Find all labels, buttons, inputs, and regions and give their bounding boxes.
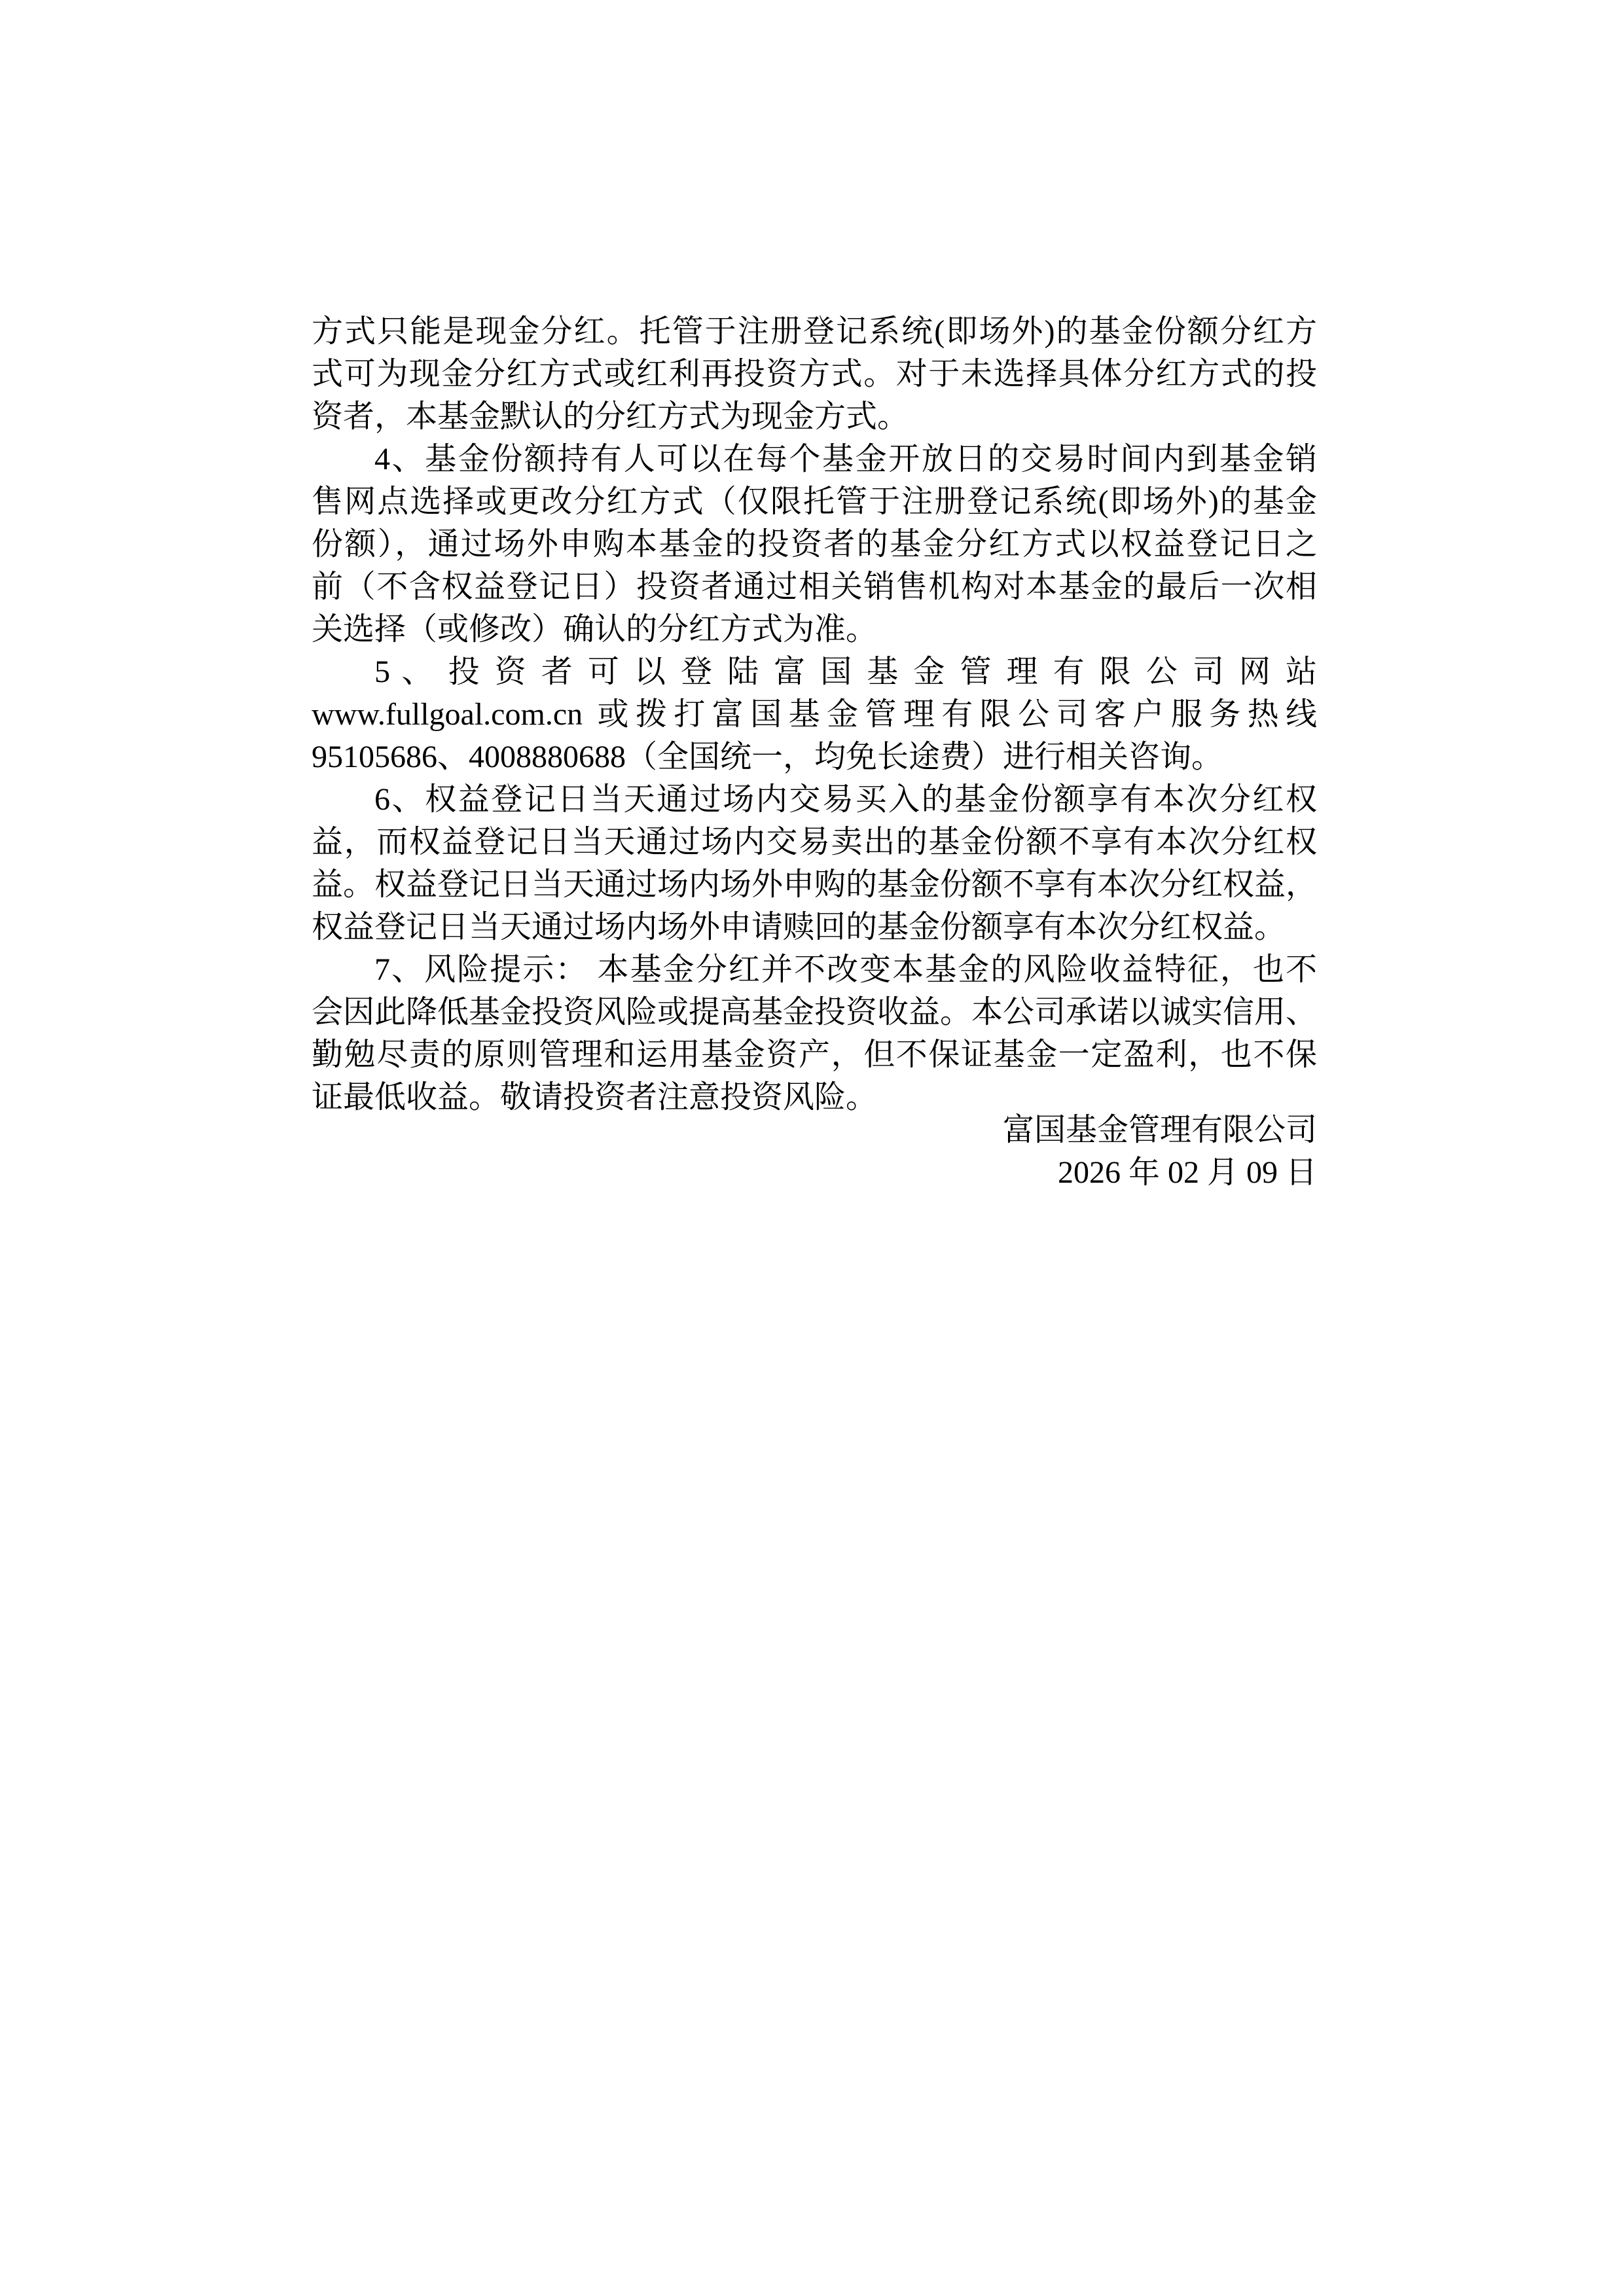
text-line: 份额），通过场外申购本基金的投资者的基金分红方式以权益登记日之: [312, 523, 1317, 565]
text-line: 方式只能是现金分红。托管于注册登记系统(即场外)的基金份额分红方: [312, 310, 1317, 353]
document-page: 方式只能是现金分红。托管于注册登记系统(即场外)的基金份额分红方 式可为现金分红…: [0, 0, 1624, 2296]
text-line-with-hotline: 95105686、4008880688（全国统一，均免长途费）进行相关咨询。: [312, 736, 1317, 778]
text-line: 5 、 投 资 者 可 以 登 陆 富 国 基 金 管 理 有 限 公 司 网 …: [312, 651, 1317, 693]
signature-company: 富国基金管理有限公司: [1003, 1109, 1317, 1151]
text-line: 权益登记日当天通过场内场外申请赎回的基金份额享有本次分红权益。: [312, 906, 1317, 948]
paragraph-item-6: 6、权益登记日当天通过场内交易买入的基金份额享有本次分红权 益，而权益登记日当天…: [312, 778, 1317, 948]
document-body: 方式只能是现金分红。托管于注册登记系统(即场外)的基金份额分红方 式可为现金分红…: [312, 310, 1317, 1119]
paragraph-dividend-method-continued: 方式只能是现金分红。托管于注册登记系统(即场外)的基金份额分红方 式可为现金分红…: [312, 310, 1317, 438]
signature-block: 富国基金管理有限公司 2026 年 02 月 09 日: [1003, 1109, 1317, 1194]
text-line: 益，而权益登记日当天通过场内交易卖出的基金份额不享有本次分红权: [312, 821, 1317, 863]
text-line: 6、权益登记日当天通过场内交易买入的基金份额享有本次分红权: [312, 778, 1317, 821]
text-line: 7、风险提示： 本基金分红并不改变本基金的风险收益特征，也不: [312, 948, 1317, 991]
paragraph-item-7-risk-notice: 7、风险提示： 本基金分红并不改变本基金的风险收益特征，也不 会因此降低基金投资…: [312, 948, 1317, 1119]
text-line-with-website: www.fullgoal.com.cn 或拨打富国基金管理有限公司客户服务热线: [312, 693, 1317, 736]
text-line: 4、基金份额持有人可以在每个基金开放日的交易时间内到基金销: [312, 438, 1317, 480]
text-line: 益。权益登记日当天通过场内场外申购的基金份额不享有本次分红权益，: [312, 863, 1317, 906]
text-line: 资者，本基金默认的分红方式为现金方式。: [312, 395, 1317, 438]
signature-date: 2026 年 02 月 09 日: [1003, 1151, 1317, 1194]
text-line: 售网点选择或更改分红方式（仅限托管于注册登记系统(即场外)的基金: [312, 480, 1317, 523]
text-line: 前（不含权益登记日）投资者通过相关销售机构对本基金的最后一次相: [312, 565, 1317, 608]
text-line: 式可为现金分红方式或红利再投资方式。对于未选择具体分红方式的投: [312, 353, 1317, 395]
text-line: 关选择（或修改）确认的分红方式为准。: [312, 608, 1317, 651]
text-line: 会因此降低基金投资风险或提高基金投资收益。本公司承诺以诚实信用、: [312, 991, 1317, 1033]
paragraph-item-4: 4、基金份额持有人可以在每个基金开放日的交易时间内到基金销 售网点选择或更改分红…: [312, 438, 1317, 651]
text-line: 勤勉尽责的原则管理和运用基金资产，但不保证基金一定盈利，也不保: [312, 1033, 1317, 1076]
paragraph-item-5: 5 、 投 资 者 可 以 登 陆 富 国 基 金 管 理 有 限 公 司 网 …: [312, 651, 1317, 778]
